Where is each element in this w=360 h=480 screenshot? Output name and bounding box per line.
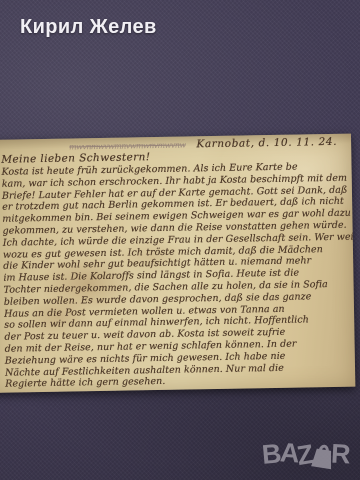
bazar-letter-r: R — [330, 441, 351, 469]
bazar-watermark: B A Z R — [262, 437, 350, 468]
postcard-body: Kosta ist heute früh zurückgekommen. Als… — [1, 161, 353, 391]
handwritten-postcard: mwvnmwvwmnvwmwnvmwvnw Karnobat, d. 10. 1… — [0, 134, 355, 393]
crossed-out-scribble: mwvnmwvwmnvwmwnvmwvnw — [69, 141, 186, 152]
postcard-header-row: mwvnmwvwmnvwmwnvmwvnw Karnobat, d. 10. 1… — [69, 136, 337, 153]
postcard-dateline: Karnobat, d. 10. 11. 24. — [196, 136, 337, 150]
listing-photo: Кирил Желев mwvnmwvwmnvwmwnvmwvnw Karnob… — [0, 0, 360, 480]
seller-name: Кирил Желев — [20, 16, 157, 39]
